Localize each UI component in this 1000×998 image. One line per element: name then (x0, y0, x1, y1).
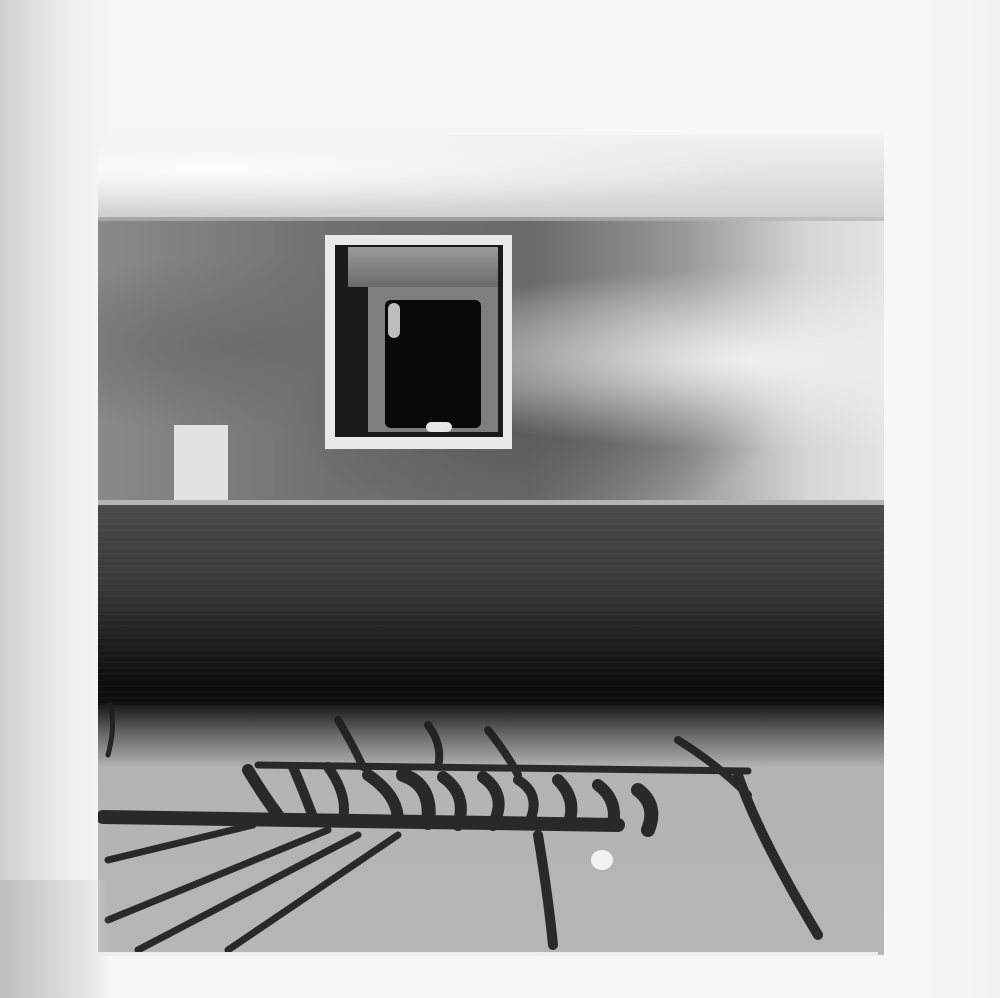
photograph (98, 135, 884, 955)
left-edge-blur (0, 880, 110, 998)
sidewalk-spot (591, 850, 613, 870)
print-bottom-edge (98, 952, 878, 956)
railing-shadow-drawing (98, 135, 884, 955)
